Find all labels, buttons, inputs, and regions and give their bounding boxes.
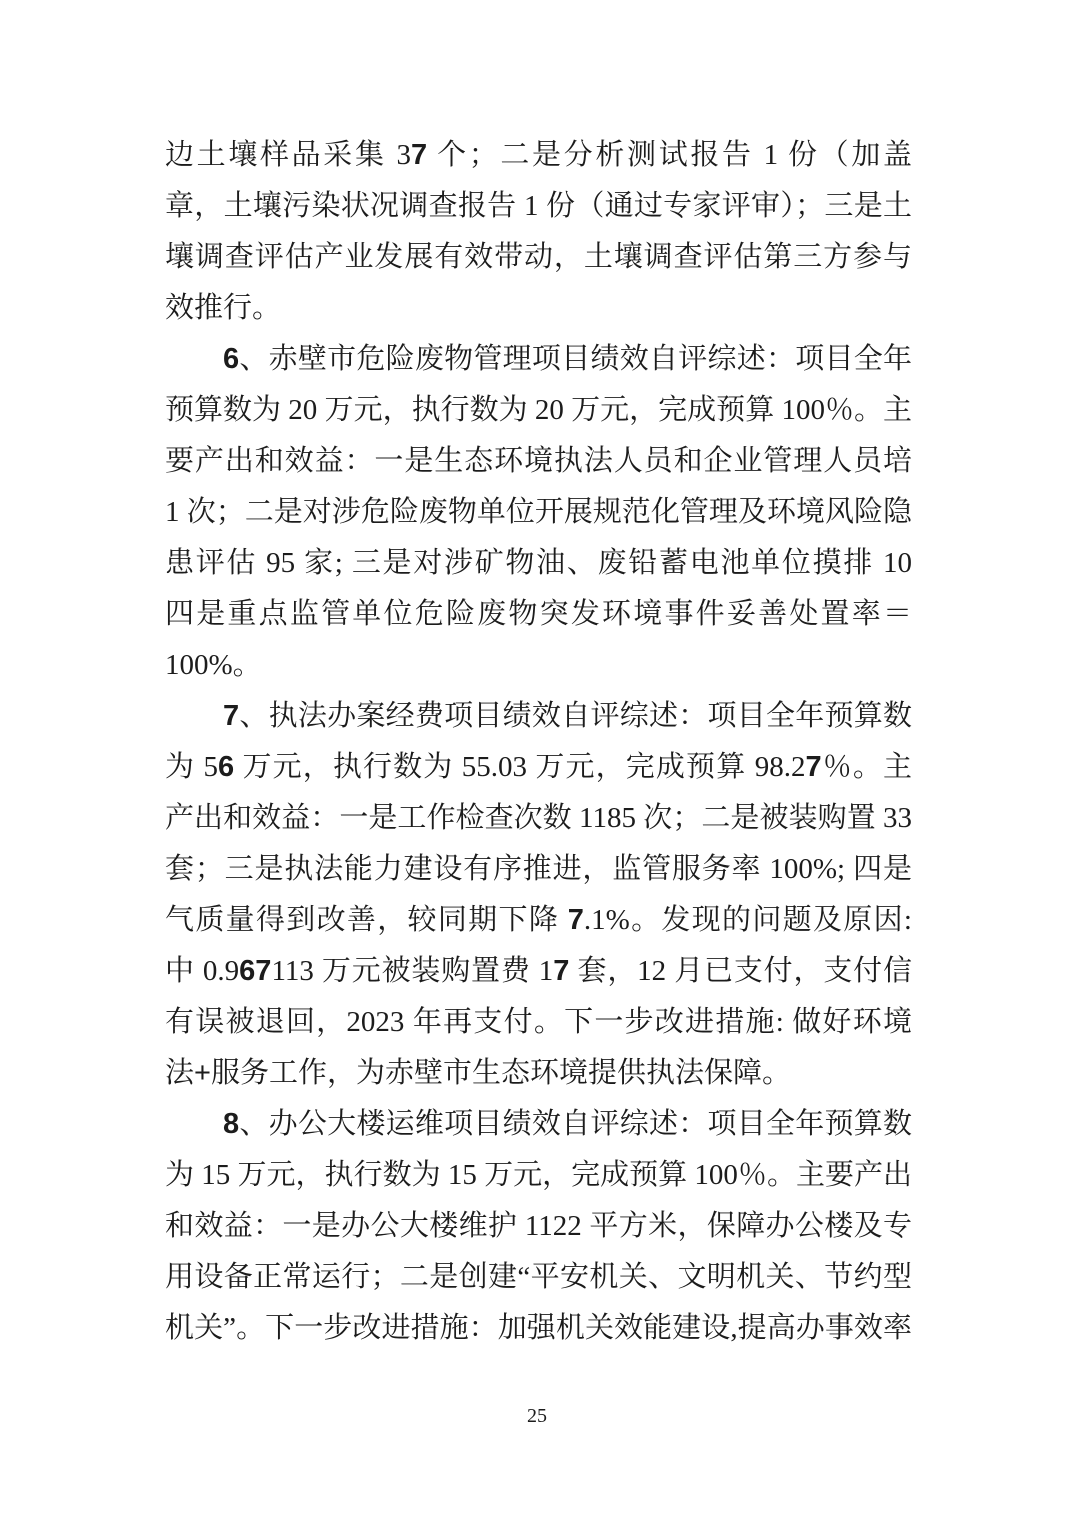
- text-line: 1 次；二是对涉危险废物单位开展规范化管理及环境风险隐: [165, 487, 912, 538]
- text-line: 中 0.967113 万元被装购置费 17 套，12 月已支付，支付信息: [165, 946, 912, 997]
- text-line: 产出和效益：一是工作检查次数 1185 次；二是被装购置 33: [165, 793, 912, 844]
- text-block: 边土壤样品采集 37 个；二是分析测试报告 1 份（加盖 CMA章，土壤污染状况…: [165, 130, 912, 1354]
- text-line: 壤调查评估产业发展有效带动，土壤调查评估第三方参与有: [165, 232, 912, 283]
- text-line: 6、赤壁市危险废物管理项目绩效自评综述：项目全年: [165, 334, 912, 385]
- text-line: 为 15 万元，执行数为 15 万元，完成预算 100％。主要产出: [165, 1150, 912, 1201]
- text-line: 章，土壤污染状况调查报告 1 份（通过专家评审）；三是土: [165, 181, 912, 232]
- text-line: 患评估 95 家; 三是对涉矿物油、废铅蓄电池单位摸排 10 家;: [165, 538, 912, 589]
- page-number: 25: [0, 1403, 1074, 1429]
- text-line: 为 56 万元，执行数为 55.03 万元，完成预算 98.27％。主要: [165, 742, 912, 793]
- text-line: 四是重点监管单位危险废物突发环境事件妥善处置率＝: [165, 589, 912, 640]
- text-line: 效推行。: [165, 283, 912, 334]
- text-line: 机关”。下一步改进措施：加强机关效能建设,提高办事效率: [165, 1303, 912, 1354]
- text-line: 有误被退回，2023 年再支付。下一步改进措施: 做好环境执: [165, 997, 912, 1048]
- document-page: 边土壤样品采集 37 个；二是分析测试报告 1 份（加盖 CMA章，土壤污染状况…: [0, 0, 1074, 1520]
- text-line: 要产出和效益：一是生态环境执法人员和企业管理人员培训: [165, 436, 912, 487]
- text-line: 和效益：一是办公大楼维护 1122 平方米，保障办公楼及专: [165, 1201, 912, 1252]
- text-line: 预算数为 20 万元，执行数为 20 万元，完成预算 100％。主: [165, 385, 912, 436]
- text-line: 套；三是执法能力建设有序推进，监管服务率 100%; 四是空: [165, 844, 912, 895]
- text-line: 边土壤样品采集 37 个；二是分析测试报告 1 份（加盖 CMA: [165, 130, 912, 181]
- text-line: 用设备正常运行；二是创建“平安机关、文明机关、节约型: [165, 1252, 912, 1303]
- text-line: 100%。: [165, 640, 912, 691]
- text-line: 气质量得到改善，较同期下降 7.1%。发现的问题及原因: 其: [165, 895, 912, 946]
- text-line: 8、办公大楼运维项目绩效自评综述：项目全年预算数: [165, 1099, 912, 1150]
- text-line: 7、执法办案经费项目绩效自评综述：项目全年预算数: [165, 691, 912, 742]
- text-line: 法+服务工作，为赤壁市生态环境提供执法保障。: [165, 1048, 912, 1099]
